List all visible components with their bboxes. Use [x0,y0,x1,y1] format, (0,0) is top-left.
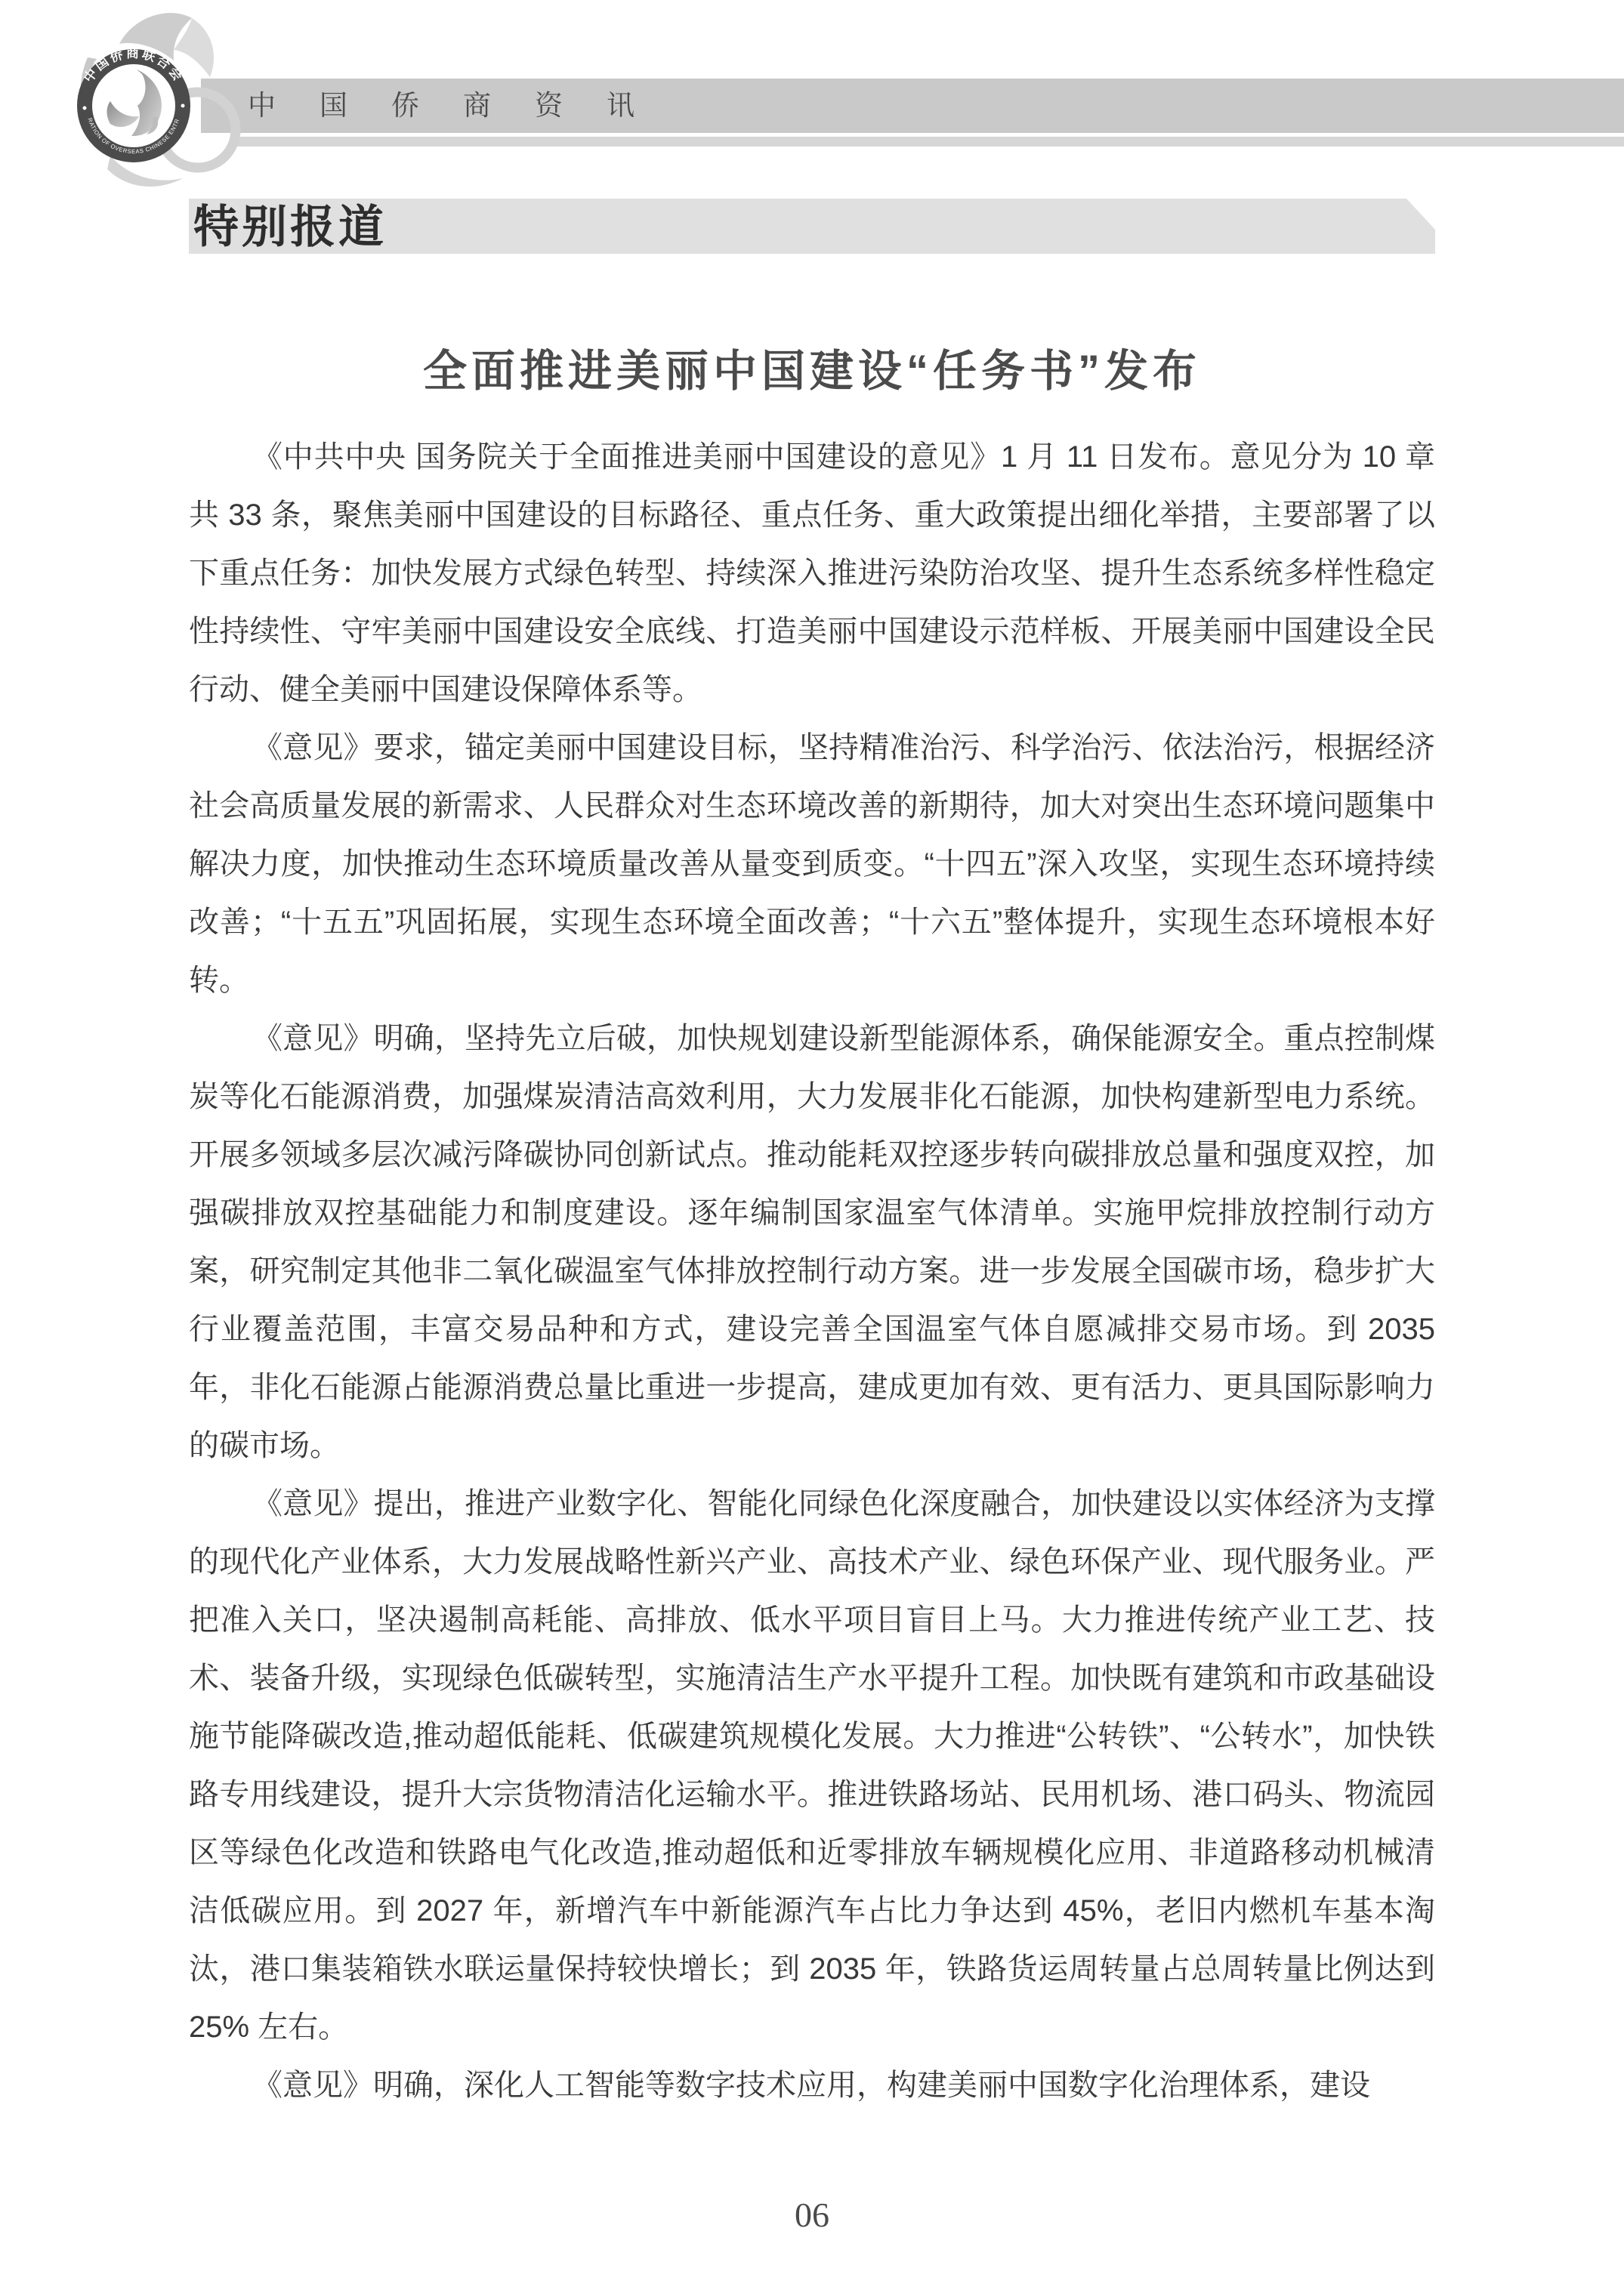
document-page: 中国侨商资讯 中国侨商联合会 [0,0,1624,2293]
paragraph: 《意见》明确，深化人工智能等数字技术应用，构建美丽中国数字化治理体系，建设 [189,2057,1435,2115]
org-logo-icon: 中国侨商联合会 CHINA FEDERATION OF OVERSEAS CHI… [44,5,286,192]
paragraph: 《意见》要求，锚定美丽中国建设目标，坚持精准治污、科学治污、依法治污，根据经济社… [189,719,1435,1010]
masthead-bar: 中国侨商资讯 [201,79,1624,133]
masthead-title: 中国侨商资讯 [201,79,1624,133]
paragraph: 《意见》明确，坚持先立后破，加快规划建设新型能源体系，确保能源安全。重点控制煤炭… [189,1010,1435,1475]
masthead-underline [234,137,1624,147]
article-title: 全面推进美丽中国建设“任务书”发布 [0,335,1624,399]
article-body: 《中共中央 国务院关于全面推进美丽中国建设的意见》1 月 11 日发布。意见分为… [189,428,1435,2115]
section-banner: 特别报道 [189,199,1435,254]
paragraph: 《意见》提出，推进产业数字化、智能化同绿色化深度融合，加快建设以实体经济为支撑的… [189,1475,1435,2057]
page-number: 06 [0,2195,1624,2235]
section-label: 特别报道 [189,199,1435,256]
paragraph: 《中共中央 国务院关于全面推进美丽中国建设的意见》1 月 11 日发布。意见分为… [189,428,1435,719]
